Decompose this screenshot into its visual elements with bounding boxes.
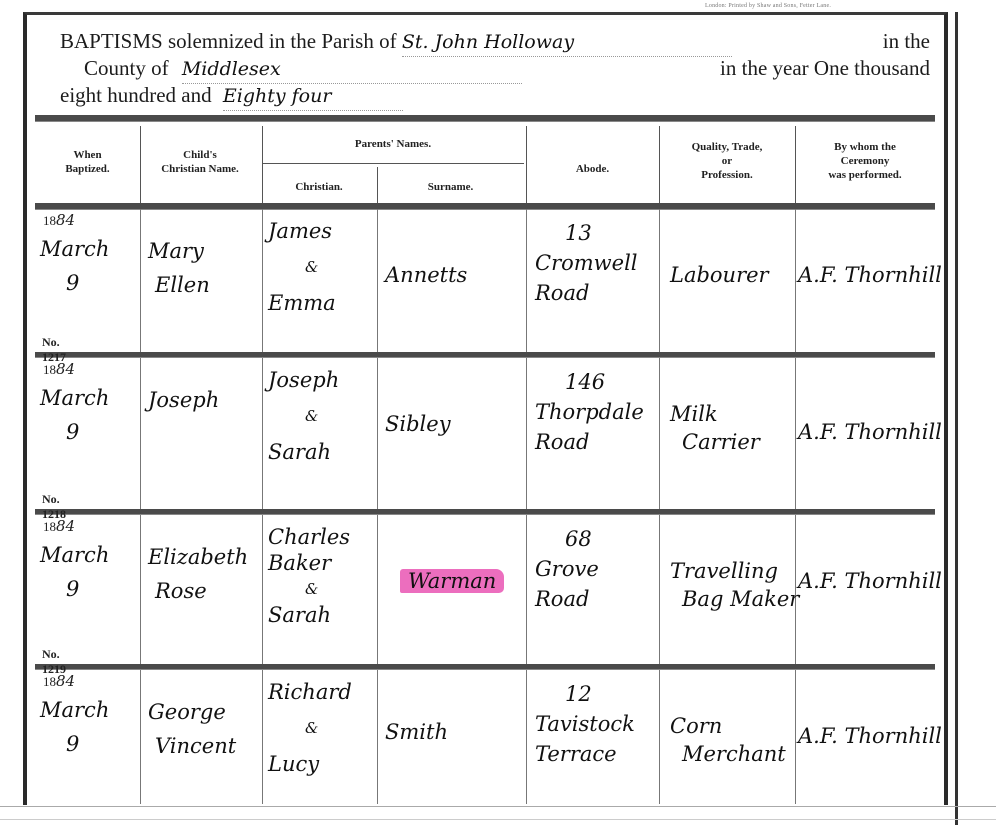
officiant-signature: A.F. Thornhill xyxy=(798,418,942,447)
county-name: Middlesex xyxy=(182,58,281,80)
profession-line: Milk xyxy=(670,400,718,429)
year-suffix: 84 xyxy=(56,211,75,229)
parent-christian-name: Lucy xyxy=(268,750,319,779)
baptism-day: 9 xyxy=(66,730,79,759)
officiant-signature: A.F. Thornhill xyxy=(798,567,942,596)
parish-field: St. John Holloway xyxy=(402,29,732,57)
col-header-line: Ceremony xyxy=(795,154,935,168)
col-header-child-name: Child's Christian Name. xyxy=(140,148,260,176)
parent-christian-name: Sarah xyxy=(268,438,331,467)
baptism-year: 1884 xyxy=(43,211,75,229)
col-header-line: or xyxy=(659,154,795,168)
parent-christian-name: James xyxy=(268,217,332,246)
col-header-abode: Abode. xyxy=(526,162,659,176)
baptism-year: 1884 xyxy=(43,672,75,690)
baptism-month: March xyxy=(40,541,109,570)
col-header-line: Profession. xyxy=(659,168,795,182)
column-divider xyxy=(526,209,527,352)
column-divider xyxy=(140,358,141,509)
col-header-line: By whom the xyxy=(795,140,935,154)
col-header-when-baptized: When Baptized. xyxy=(40,148,135,176)
profession-line: Labourer xyxy=(670,261,769,290)
col-header-line: Child's xyxy=(140,148,260,162)
page-edge-rule xyxy=(955,12,958,825)
abode-line: Thorpdale xyxy=(535,398,644,427)
profession-line: Carrier xyxy=(682,428,760,457)
child-name-line: Joseph xyxy=(148,386,219,415)
abode-line: Road xyxy=(535,279,589,308)
col-header-by-whom: By whom the Ceremony was performed. xyxy=(795,140,935,182)
abode-number: 68 xyxy=(565,525,592,554)
column-divider xyxy=(262,515,263,664)
year-suffix: 84 xyxy=(56,360,75,378)
abode-line: Road xyxy=(535,428,589,457)
abode-line: Road xyxy=(535,585,589,614)
baptism-day: 9 xyxy=(66,575,79,604)
column-divider xyxy=(795,358,796,509)
ampersand: & xyxy=(305,575,318,604)
col-header-parents-christian: Christian. xyxy=(262,180,376,194)
printer-imprint: London: Printed by Shaw and Sons, Fetter… xyxy=(705,3,930,9)
col-header-parents-surname: Surname. xyxy=(377,180,524,194)
child-name-line: Mary xyxy=(148,237,204,266)
parish-name: St. John Holloway xyxy=(402,31,574,53)
county-field: Middlesex xyxy=(182,56,522,84)
column-divider xyxy=(526,358,527,509)
column-divider xyxy=(659,670,660,804)
abode-line: Cromwell xyxy=(535,249,638,278)
col-header-parents-names: Parents' Names. xyxy=(262,137,524,151)
child-name-line: Vincent xyxy=(155,732,236,761)
parent-surname: Annetts xyxy=(385,261,467,290)
page-bottom-edge xyxy=(0,806,996,807)
baptism-day: 9 xyxy=(66,418,79,447)
title-line-1: BAPTISMS solemnized in the Parish of St.… xyxy=(60,28,930,55)
parent-christian-name: Richard xyxy=(268,678,352,707)
child-name-line: Rose xyxy=(155,577,207,606)
page-bottom-edge-shadow xyxy=(0,819,996,820)
col-header-line: was performed. xyxy=(795,168,935,182)
col-header-line: Quality, Trade, xyxy=(659,140,795,154)
profession-line: Merchant xyxy=(682,740,786,769)
parent-surname: Sibley xyxy=(385,410,451,439)
officiant-signature: A.F. Thornhill xyxy=(798,261,942,290)
child-name-line: George xyxy=(148,698,226,727)
col-header-line: Baptized. xyxy=(40,162,135,176)
column-divider xyxy=(526,126,527,203)
parent-christian-name: Sarah xyxy=(268,601,331,630)
row-separator-rule xyxy=(35,352,935,357)
column-divider xyxy=(526,515,527,664)
column-divider xyxy=(659,209,660,352)
title-suffix-2: in the year One thousand xyxy=(720,55,930,82)
parent-christian-name: Charles xyxy=(268,523,350,552)
baptism-year: 1884 xyxy=(43,360,75,378)
column-divider xyxy=(795,670,796,804)
column-divider xyxy=(377,515,378,664)
col-header-line: When xyxy=(40,148,135,162)
baptism-month: March xyxy=(40,384,109,413)
column-divider xyxy=(659,126,660,203)
parent-christian-name: Joseph xyxy=(268,366,339,395)
column-divider xyxy=(262,670,263,804)
col-header-quality: Quality, Trade, or Profession. xyxy=(659,140,795,182)
officiant-signature: A.F. Thornhill xyxy=(798,722,942,751)
baptism-month: March xyxy=(40,235,109,264)
title-line-2: County of Middlesex in the year One thou… xyxy=(60,55,930,82)
column-divider xyxy=(377,358,378,509)
year-prefix: 18 xyxy=(43,674,56,689)
column-divider xyxy=(659,358,660,509)
year-words: Eighty four xyxy=(223,85,332,107)
baptism-year: 1884 xyxy=(43,517,75,535)
highlighted-surname: Warman xyxy=(400,569,504,593)
year-suffix: 84 xyxy=(56,672,75,690)
title-suffix-1: in the xyxy=(883,28,930,55)
baptism-month: March xyxy=(40,696,109,725)
parents-subheader-rule xyxy=(262,163,524,164)
column-divider xyxy=(659,515,660,664)
column-divider xyxy=(795,209,796,352)
baptism-day: 9 xyxy=(66,269,79,298)
ampersand: & xyxy=(305,402,318,431)
column-divider xyxy=(262,358,263,509)
surname-text: Annetts xyxy=(385,263,467,287)
title-line-3: eight hundred and Eighty four xyxy=(60,82,930,109)
col-header-line: Christian Name. xyxy=(140,162,260,176)
column-divider xyxy=(140,670,141,804)
column-divider xyxy=(140,209,141,352)
abode-line: Terrace xyxy=(535,740,617,769)
column-divider xyxy=(526,670,527,804)
year-suffix: 84 xyxy=(56,517,75,535)
year-label: eight hundred and xyxy=(60,83,212,107)
profession-line: Travelling xyxy=(670,557,778,586)
abode-line: Grove xyxy=(535,555,599,584)
year-prefix: 18 xyxy=(43,519,56,534)
column-divider xyxy=(377,209,378,352)
column-divider xyxy=(262,209,263,352)
parent-christian-name: Emma xyxy=(268,289,336,318)
row-separator-rule xyxy=(35,664,935,669)
header-top-rule xyxy=(35,115,935,121)
parent-surname: Warman xyxy=(400,567,504,596)
child-name-line: Elizabeth xyxy=(148,543,248,572)
parent-christian-name: Baker xyxy=(268,549,331,578)
year-prefix: 18 xyxy=(43,213,56,228)
abode-number: 146 xyxy=(565,368,605,397)
abode-line: Tavistock xyxy=(535,710,635,739)
surname-text: Smith xyxy=(385,720,448,744)
child-name-line: Ellen xyxy=(155,271,210,300)
parent-surname: Smith xyxy=(385,718,448,747)
year-field: Eighty four xyxy=(223,83,403,111)
column-divider xyxy=(140,515,141,664)
county-label: County of xyxy=(84,56,169,80)
ampersand: & xyxy=(305,253,318,282)
column-divider xyxy=(377,167,378,203)
abode-number: 13 xyxy=(565,219,592,248)
row-separator-rule xyxy=(35,509,935,514)
column-divider xyxy=(377,670,378,804)
profession-line: Corn xyxy=(670,712,722,741)
column-divider xyxy=(262,126,263,203)
column-divider xyxy=(795,126,796,203)
profession-line: Bag Maker xyxy=(682,585,799,614)
header-bottom-rule xyxy=(35,203,935,209)
year-prefix: 18 xyxy=(43,362,56,377)
column-divider xyxy=(140,126,141,203)
surname-text: Sibley xyxy=(385,412,451,436)
title-prefix: BAPTISMS solemnized in the Parish of xyxy=(60,29,397,53)
ampersand: & xyxy=(305,714,318,743)
register-title: BAPTISMS solemnized in the Parish of St.… xyxy=(60,28,930,109)
abode-number: 12 xyxy=(565,680,592,709)
